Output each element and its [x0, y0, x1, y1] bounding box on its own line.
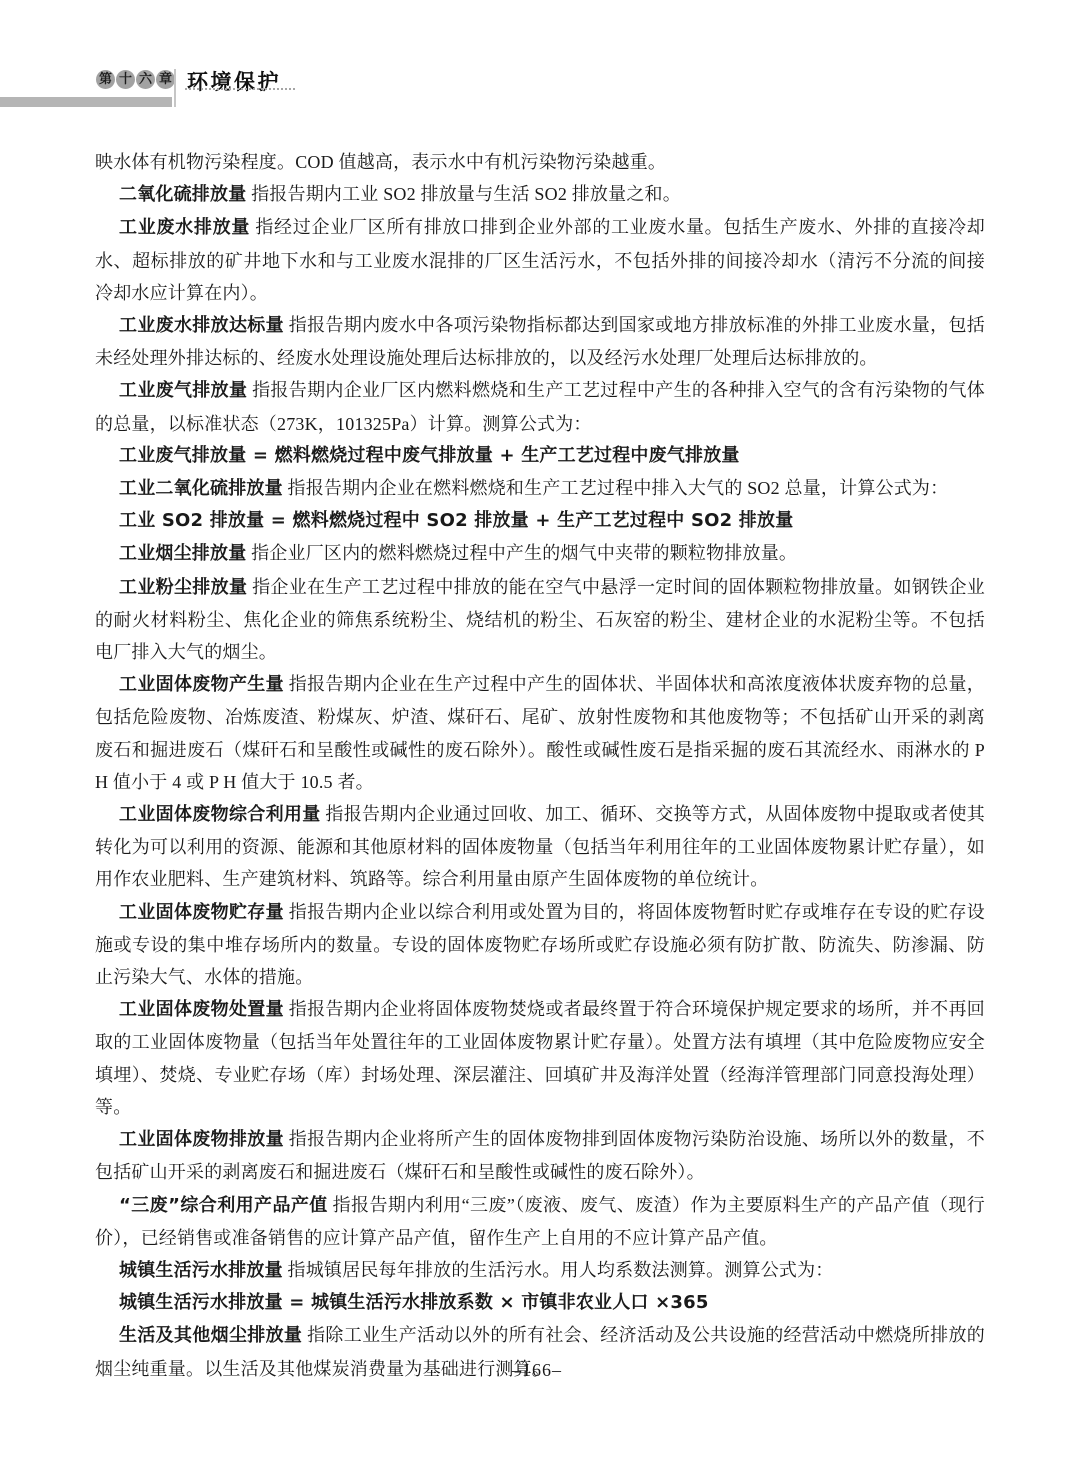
- chapter-title: 环境保护: [187, 66, 281, 96]
- definition-paragraph: 工业固体废物处置量 指报告期内企业将固体废物焚烧或者最终置于符合环境保护规定要求…: [95, 993, 985, 1123]
- header-vertical-divider: [174, 69, 176, 107]
- definition-paragraph: 工业废气排放量 指报告期内企业厂区内燃料燃烧和生产工艺过程中产生的各种排入空气的…: [95, 374, 985, 439]
- definition-term: 工业固体废物处置量: [119, 999, 284, 1020]
- definition-paragraph: 工业粉尘排放量 指企业在生产工艺过程中排放的能在空气中悬浮一定时间的固体颗粒物排…: [95, 571, 985, 669]
- formula-line: 工业废气排放量 = 燃料燃烧过程中废气排放量 + 生产工艺过程中废气排放量: [95, 440, 985, 472]
- formula-line: 城镇生活污水排放量 = 城镇生活污水排放系数 × 市镇非农业人口 ×365: [95, 1287, 985, 1319]
- definition-term: 工业废水排放量: [119, 217, 250, 238]
- paragraph-text: 指城镇居民每年排放的生活污水。用人均系数法测算。测算公式为：: [288, 1260, 834, 1280]
- paragraph-text: 城镇生活污水排放量 = 城镇生活污水排放系数 × 市镇非农业人口 ×365: [119, 1292, 709, 1313]
- definition-paragraph: 城镇生活污水排放量 指城镇居民每年排放的生活污水。用人均系数法测算。测算公式为：: [95, 1254, 985, 1287]
- definition-term: 工业粉尘排放量: [119, 577, 247, 598]
- definition-term: 工业固体废物产生量: [119, 674, 284, 695]
- paragraph-text: 工业 SO2 排放量 = 燃料燃烧过程中 SO2 排放量 + 生产工艺过程中 S…: [119, 510, 793, 531]
- paragraph-text: 指报告期内工业 SO2 排放量与生活 SO2 排放量之和。: [251, 184, 681, 204]
- header-gray-bar: [0, 97, 172, 107]
- paragraph-text: 工业废气排放量 = 燃料燃烧过程中废气排放量 + 生产工艺过程中废气排放量: [119, 445, 740, 466]
- title-dotted-underline: [185, 88, 295, 90]
- paragraph-text: 映水体有机物污染程度。COD 值越高，表示水中有机污染物污染越重。: [95, 152, 666, 172]
- body-text: 映水体有机物污染程度。COD 值越高，表示水中有机污染物污染越重。二氧化硫排放量…: [95, 146, 985, 1385]
- definition-term: “三废”综合利用产品产值: [119, 1195, 328, 1216]
- text-paragraph: 映水体有机物污染程度。COD 值越高，表示水中有机污染物污染越重。: [95, 146, 985, 178]
- chapter-badge: 第 十 六 章: [96, 70, 175, 89]
- definition-paragraph: 二氧化硫排放量 指报告期内工业 SO2 排放量与生活 SO2 排放量之和。: [95, 178, 985, 211]
- definition-term: 工业固体废物综合利用量: [119, 804, 321, 825]
- definition-paragraph: 工业废水排放达标量 指报告期内废水中各项污染物指标都达到国家或地方排放标准的外排…: [95, 309, 985, 374]
- definition-paragraph: 工业烟尘排放量 指企业厂区内的燃料燃烧过程中产生的烟气中夹带的颗粒物排放量。: [95, 537, 985, 570]
- definition-term: 工业废气排放量: [119, 380, 247, 401]
- chapter-badge-char: 第: [96, 70, 115, 89]
- definition-term: 城镇生活污水排放量: [119, 1260, 283, 1281]
- paragraph-text: 指报告期内企业在燃料燃烧和生产工艺过程中排入大气的 SO2 总量，计算公式为：: [288, 478, 949, 498]
- definition-paragraph: 工业二氧化硫排放量 指报告期内企业在燃料燃烧和生产工艺过程中排入大气的 SO2 …: [95, 472, 985, 505]
- chapter-badge-char: 六: [136, 70, 155, 89]
- definition-term: 工业二氧化硫排放量: [119, 478, 283, 499]
- definition-term: 工业固体废物排放量: [119, 1129, 284, 1150]
- definition-term: 工业烟尘排放量: [119, 543, 246, 564]
- formula-line: 工业 SO2 排放量 = 燃料燃烧过程中 SO2 排放量 + 生产工艺过程中 S…: [95, 505, 985, 537]
- definition-paragraph: 工业固体废物综合利用量 指报告期内企业通过回收、加工、循环、交换等方式，从固体废…: [95, 798, 985, 896]
- page-number: –166–: [0, 1360, 1074, 1381]
- chapter-badge-char: 章: [156, 70, 175, 89]
- paragraph-text: 指企业厂区内的燃料燃烧过程中产生的烟气中夹带的颗粒物排放量。: [251, 543, 797, 563]
- chapter-badge-char: 十: [116, 70, 135, 89]
- definition-paragraph: 工业废水排放量 指经过企业厂区所有排放口排到企业外部的工业废水量。包括生产废水、…: [95, 211, 985, 309]
- definition-term: 生活及其他烟尘排放量: [119, 1325, 302, 1346]
- definition-paragraph: 工业固体废物产生量 指报告期内企业在生产过程中产生的固体状、半固体状和高浓度液体…: [95, 668, 985, 798]
- definition-paragraph: 工业固体废物排放量 指报告期内企业将所产生的固体废物排到固体废物污染防治设施、场…: [95, 1123, 985, 1188]
- document-page: 第 十 六 章 环境保护 映水体有机物污染程度。COD 值越高，表示水中有机污染…: [0, 0, 1074, 1458]
- definition-paragraph: 工业固体废物贮存量 指报告期内企业以综合利用或处置为目的，将固体废物暂时贮存或堆…: [95, 896, 985, 994]
- definition-term: 工业固体废物贮存量: [119, 902, 284, 923]
- definition-term: 工业废水排放达标量: [119, 315, 284, 336]
- definition-paragraph: “三废”综合利用产品产值 指报告期内利用“三废”（废液、废气、废渣）作为主要原料…: [95, 1189, 985, 1254]
- definition-term: 二氧化硫排放量: [119, 184, 246, 205]
